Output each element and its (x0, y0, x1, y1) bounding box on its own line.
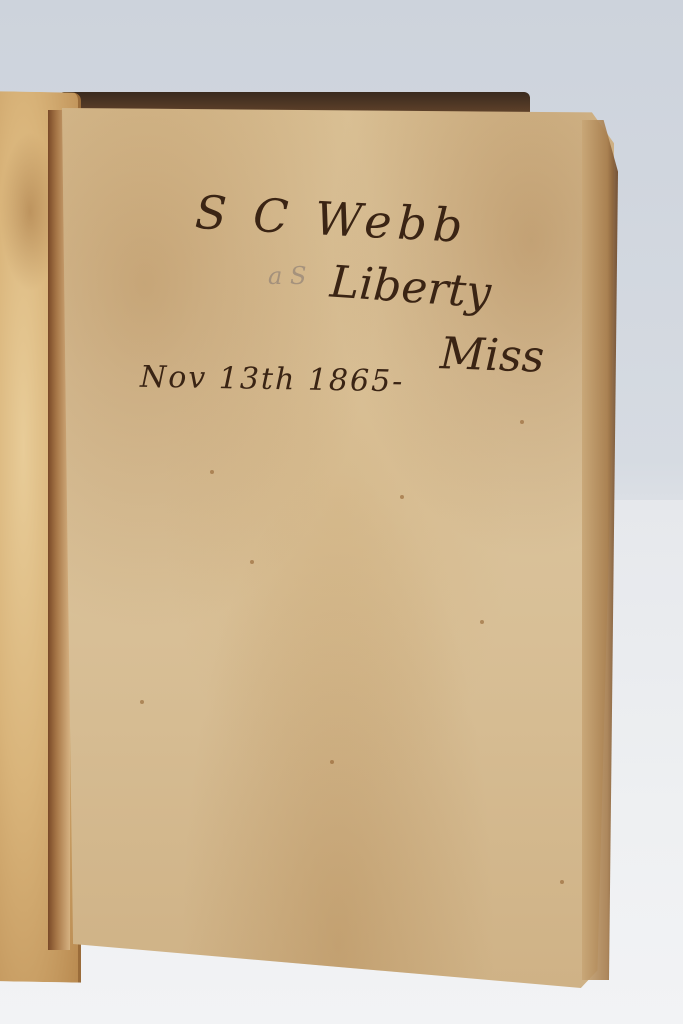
inscription-state: Miss (439, 328, 545, 383)
inscription-date: Nov 13th 1865- (140, 360, 405, 400)
foxing-spot (210, 470, 214, 474)
foxing-spot (400, 495, 404, 499)
foxing-spot (520, 420, 524, 424)
pencil-mark: a S (268, 262, 306, 290)
foxing-spot (480, 620, 484, 624)
foxing-spot (140, 700, 144, 704)
foxing-spot (330, 760, 334, 764)
foxing-spot (560, 880, 564, 884)
foxing-spot (250, 560, 254, 564)
